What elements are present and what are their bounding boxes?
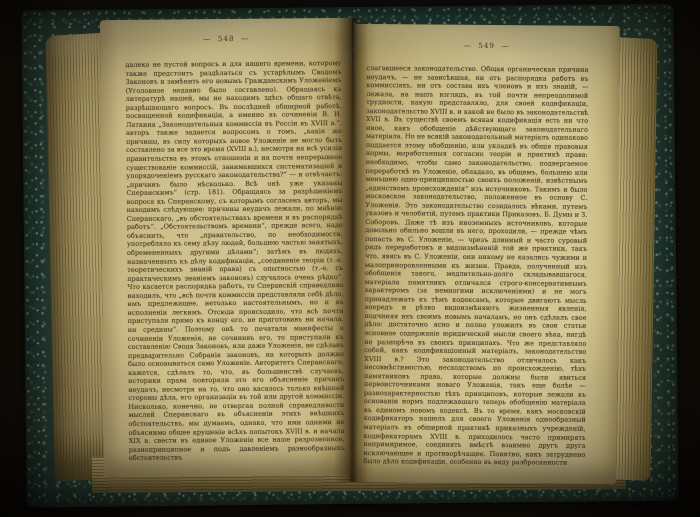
right-page: — 549 — слагавшееся законодательство. Об… bbox=[350, 24, 620, 484]
right-page-number: — 549 — bbox=[354, 40, 620, 51]
photo-of-open-book: — 548 — далеко не пустой вопросъ и для н… bbox=[0, 0, 700, 517]
left-page-text: далеко не пустой вопросъ и для нашего вр… bbox=[125, 59, 344, 461]
right-page-text: слагавшееся законодательство. Общая орга… bbox=[363, 64, 588, 468]
left-page: — 548 — далеко не пустой вопросъ и для н… bbox=[100, 18, 356, 477]
left-page-number: — 548 — bbox=[100, 33, 352, 44]
